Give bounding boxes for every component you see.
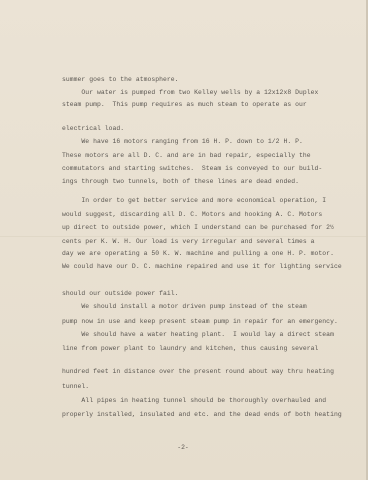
text-line: In order to get better service and more …: [62, 197, 326, 205]
text-line: All pipes in heating tunnel should be th…: [62, 397, 326, 405]
text-line: We could have our D. C. machine repaired…: [62, 263, 342, 271]
text-line: We should install a motor driven pump in…: [62, 303, 307, 311]
document-page: summer goes to the atmosphere. Our water…: [0, 0, 368, 480]
text-line: pump now in use and keep present steam p…: [62, 318, 338, 326]
text-line: We have 16 motors ranging from 16 H. P. …: [62, 138, 303, 146]
text-line: should our outside power fail.: [62, 290, 179, 298]
text-line: up direct to outside power, which I unde…: [62, 224, 334, 232]
text-line: These motors are all D. C. and are in ba…: [62, 152, 311, 160]
page-number: -2-: [0, 444, 366, 452]
text-line: ings through two tunnels, both of these …: [62, 178, 299, 186]
paper-crease: [0, 236, 366, 237]
text-line: steam pump. This pump requires as much s…: [62, 101, 307, 109]
text-line: summer goes to the atmosphere.: [62, 76, 179, 84]
text-line: day we are operating a 50 K. W. machine …: [62, 250, 334, 258]
text-line: hundred feet in distance over the presen…: [62, 368, 334, 376]
text-line: electrical load.: [62, 125, 124, 133]
text-line: line from power plant to laundry and kit…: [62, 345, 318, 353]
text-line: tunnel.: [62, 383, 89, 391]
text-line: Our water is pumped from two Kelley well…: [62, 89, 318, 97]
text-line: commutators and starting switches. Steam…: [62, 165, 322, 173]
text-line: would suggest, discarding all D. C. Moto…: [62, 211, 322, 219]
text-line: properly installed, insulated and etc. a…: [62, 411, 342, 419]
text-line: We should have a water heating plant. I …: [62, 331, 334, 339]
text-line: cents per K. W. H. Our load is very irre…: [62, 238, 315, 246]
